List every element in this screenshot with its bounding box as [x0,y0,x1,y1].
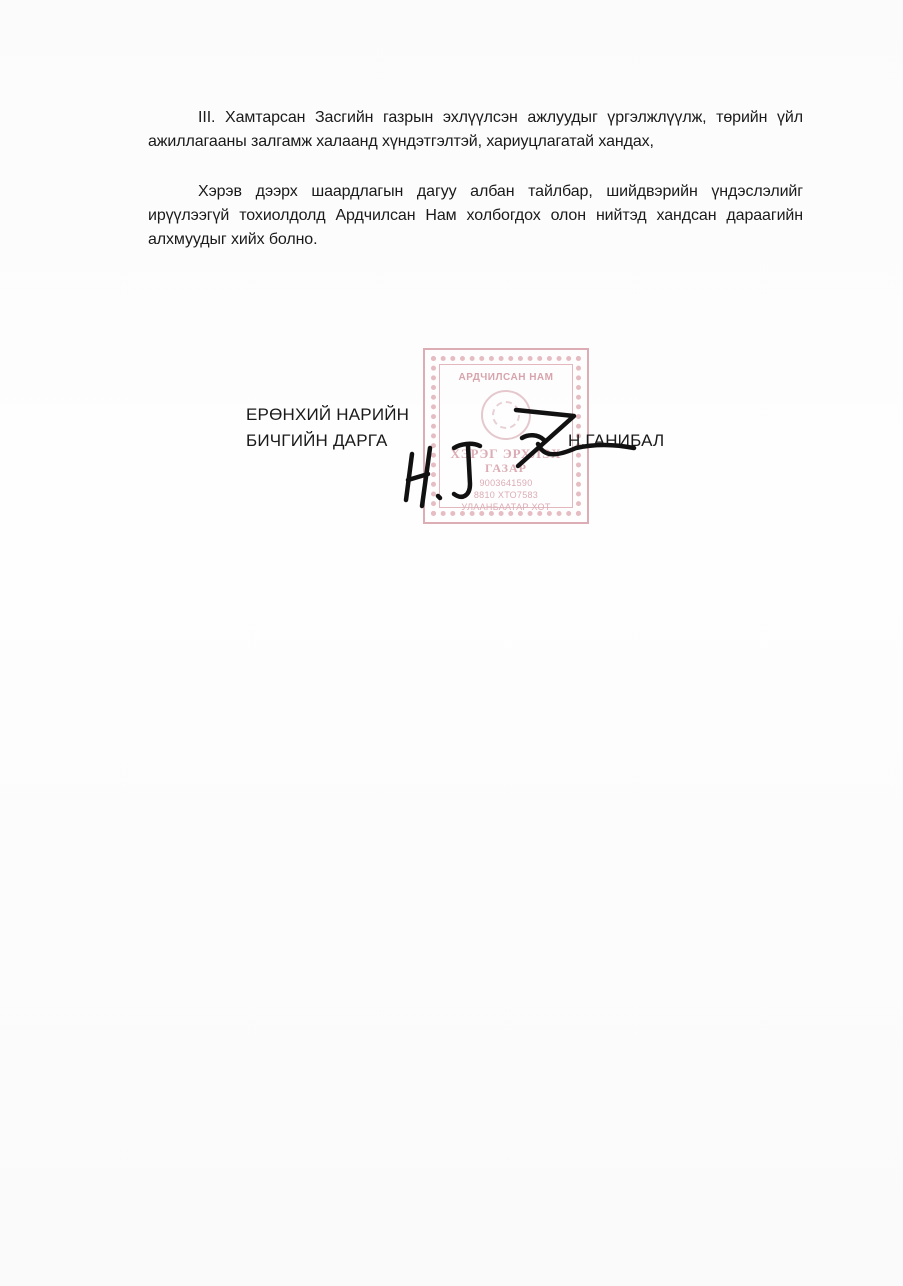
paragraph-conclusion: Хэрэв дээрх шаардлагын дагуу албан тайлб… [148,180,803,252]
paragraph-text: III. Хамтарсан Засгийн газрын эхлүүлсэн … [148,109,803,150]
paragraph-text: Хэрэв дээрх шаардлагын дагуу албан тайлб… [148,183,803,248]
handwritten-signature-icon [398,404,638,524]
stamp-top-text: АРДЧИЛСАН НАМ [425,372,587,383]
signatory-title-line-1: ЕРӨНХИЙ НАРИЙН [246,402,409,428]
signatory-title: ЕРӨНХИЙ НАРИЙН БИЧГИЙН ДАРГА [246,402,409,454]
signatory-title-line-2: БИЧГИЙН ДАРГА [246,428,409,454]
paragraph-point-3: III. Хамтарсан Засгийн газрын эхлүүлсэн … [148,106,803,154]
document-page: III. Хамтарсан Засгийн газрын эхлүүлсэн … [0,0,903,1286]
